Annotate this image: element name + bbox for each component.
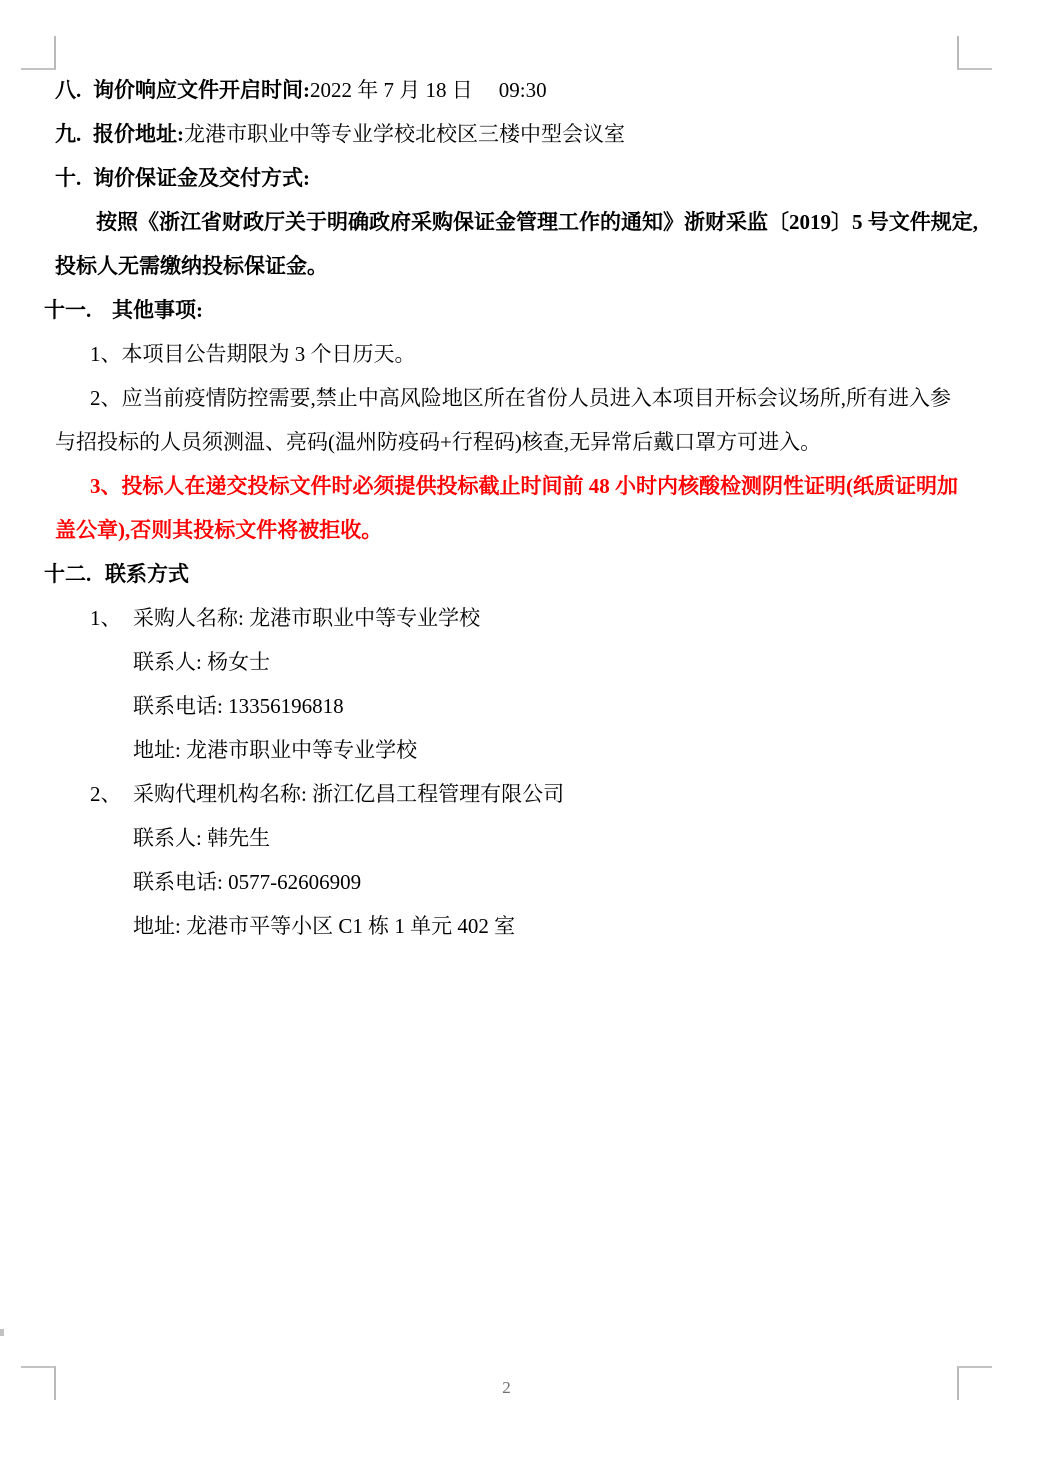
contact-1-name: 采购人名称: 龙港市职业中等专业学校 [133,606,480,630]
section-11-heading: 十一.其他事项: [44,288,958,332]
section-10-title: 询价保证金及交付方式: [93,166,310,190]
crop-mark-top-left [21,36,56,70]
document-body: 八.询价响应文件开启时间:2022 年 7 月 18 日09:30 九.报价地址… [55,68,958,948]
contact-1-address: 地址: 龙港市职业中等专业学校 [55,728,958,772]
section-10-heading: 十.询价保证金及交付方式: [55,156,958,200]
contact-2-person: 联系人: 韩先生 [55,816,958,860]
contact-2-address: 地址: 龙港市平等小区 C1 栋 1 单元 402 室 [55,904,958,948]
contact-1-person: 联系人: 杨女士 [55,640,958,684]
contact-2-number: 2、 [90,772,133,816]
section-9-value: 龙港市职业中等专业学校北校区三楼中型会议室 [184,122,625,146]
contact-2-name-line: 2、采购代理机构名称: 浙江亿昌工程管理有限公司 [55,772,958,816]
section-12-heading: 十二.联系方式 [44,552,958,596]
section-9-title: 报价地址: [93,122,184,146]
section-8-time: 09:30 [499,78,547,102]
section-8-number: 八. [55,68,93,112]
section-9-number: 九. [55,112,93,156]
contact-2-phone: 联系电话: 0577-62606909 [55,860,958,904]
section-9-heading: 九.报价地址:龙港市职业中等专业学校北校区三楼中型会议室 [55,112,958,156]
page-edge-speck [0,1329,4,1336]
section-11-note2-line2: 与招投标的人员须测温、亮码(温州防疫码+行程码)核查,无异常后戴口罩方可进入。 [55,420,958,464]
section-11-note3-line2: 盖公章),否则其投标文件将被拒收。 [55,508,958,552]
section-11-title: 其他事项: [112,298,203,322]
section-10-number: 十. [55,156,93,200]
section-8-title: 询价响应文件开启时间: [93,78,310,102]
section-11-note3-line1: 3、投标人在递交投标文件时必须提供投标截止时间前 48 小时内核酸检测阴性证明(… [55,464,958,508]
contact-1-phone: 联系电话: 13356196818 [55,684,958,728]
section-11-number: 十一. [44,288,112,332]
section-12-title: 联系方式 [105,562,189,586]
contact-1-number: 1、 [90,596,133,640]
crop-mark-bottom-left [21,1366,56,1400]
section-10-body-line1: 按照《浙江省财政厅关于明确政府采购保证金管理工作的通知》浙财采监〔2019〕5 … [55,200,958,244]
contact-2-name: 采购代理机构名称: 浙江亿昌工程管理有限公司 [133,782,564,806]
page-number: 2 [55,1377,958,1399]
document-page: 八.询价响应文件开启时间:2022 年 7 月 18 日09:30 九.报价地址… [0,0,1040,1468]
contact-1-name-line: 1、采购人名称: 龙港市职业中等专业学校 [55,596,958,640]
crop-mark-bottom-right [957,1366,992,1400]
section-8-heading: 八.询价响应文件开启时间:2022 年 7 月 18 日09:30 [55,68,958,112]
section-8-date: 2022 年 7 月 18 日 [310,78,473,102]
section-11-note1: 1、本项目公告期限为 3 个日历天。 [55,332,958,376]
crop-mark-top-right [957,36,992,70]
section-12-number: 十二. [44,552,105,596]
section-11-note2-line1: 2、应当前疫情防控需要,禁止中高风险地区所在省份人员进入本项目开标会议场所,所有… [55,376,958,420]
section-10-body-line2: 投标人无需缴纳投标保证金。 [55,244,958,288]
